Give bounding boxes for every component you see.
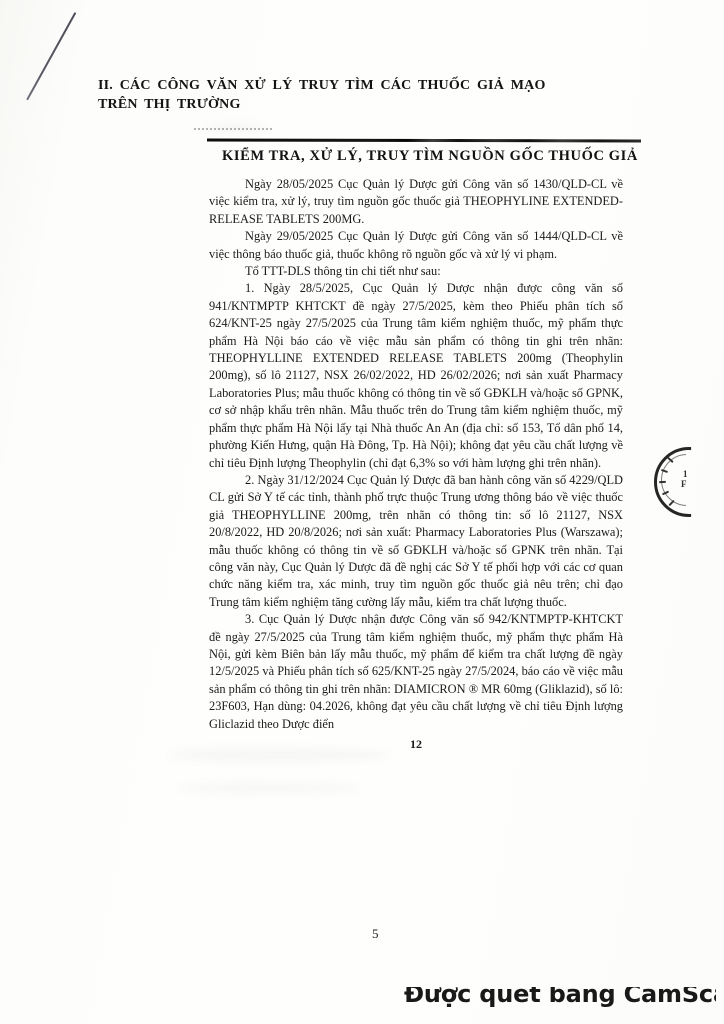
stamp-fragment: 1 F <box>650 444 724 520</box>
camscanner-watermark-text: Được quét bằng CamScanner <box>404 987 716 1008</box>
document-title: KIỂM TRA, XỬ LÝ, TRUY TÌM NGUỒN GỐC THUỐ… <box>222 148 642 165</box>
stamp-glyph: F <box>681 480 687 489</box>
scan-smudge <box>180 782 360 794</box>
scan-smudge <box>170 748 390 762</box>
paragraph-4: 1. Ngày 28/5/2025, Cục Quản lý Dược nhận… <box>209 280 623 471</box>
paragraph-1: Ngày 28/05/2025 Cục Quản lý Dược gửi Côn… <box>209 176 623 228</box>
paragraph-3: Tổ TTT-DLS thông tin chi tiết như sau: <box>209 263 623 280</box>
camscanner-watermark: Được quét bằng CamScanner <box>404 987 716 1024</box>
stamp-tick-icon <box>659 481 666 483</box>
page-number: 5 <box>372 926 379 942</box>
document-body: Ngày 28/05/2025 Cục Quản lý Dược gửi Côn… <box>209 176 623 753</box>
stamp-glyph: 1 <box>683 470 688 479</box>
paragraph-5: 2. Ngày 31/12/2024 Cục Quản lý Dược đã b… <box>209 472 623 611</box>
paragraph-6: 3. Cục Quản lý Dược nhận được Công văn s… <box>209 611 623 733</box>
paragraph-2: Ngày 29/05/2025 Cục Quản lý Dược gửi Côn… <box>209 228 623 263</box>
scan-smudge <box>205 125 265 131</box>
section-heading: II. CÁC CÔNG VĂN XỬ LÝ TRUY TÌM CÁC THUỐ… <box>98 76 576 114</box>
horizontal-rule <box>207 139 641 143</box>
scanned-document-page: II. CÁC CÔNG VĂN XỬ LÝ TRUY TÌM CÁC THUỐ… <box>0 0 724 1024</box>
pen-stroke-mark <box>26 12 76 100</box>
